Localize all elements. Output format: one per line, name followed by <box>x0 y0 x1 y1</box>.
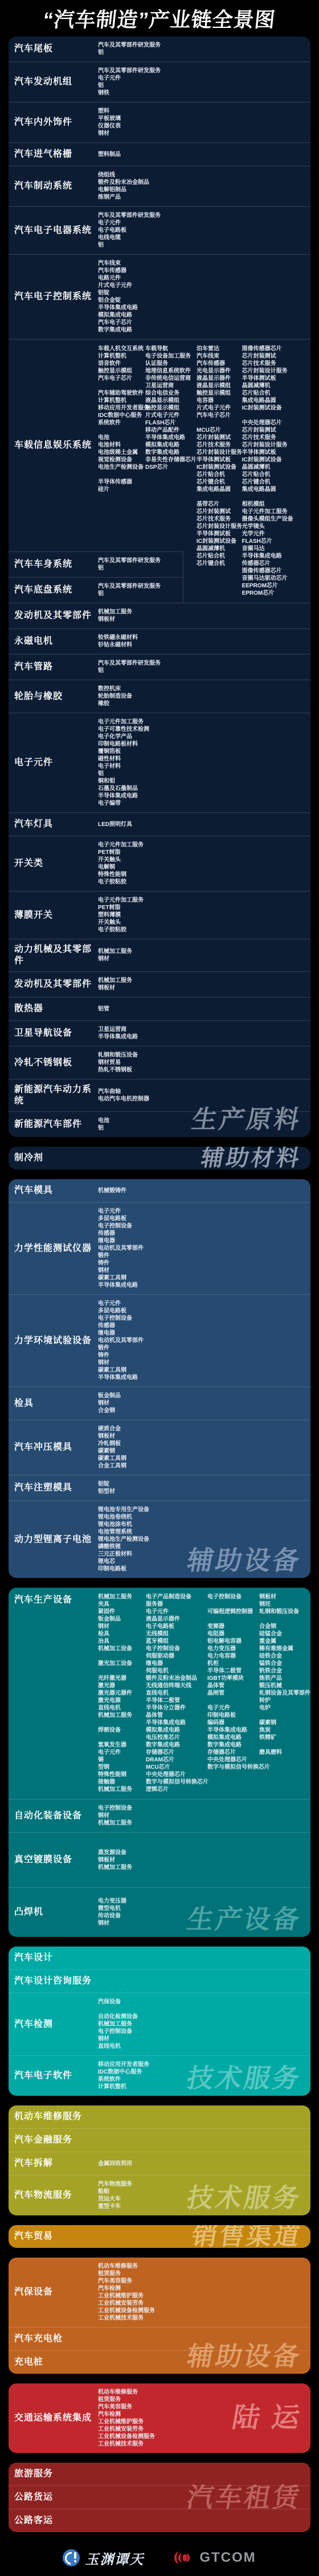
detail-item: 塑料制品 <box>98 151 307 158</box>
detail-item: 液晶显示器件 <box>197 375 242 382</box>
detail-item: 机械加工服务 <box>98 977 307 984</box>
swirl-icon <box>63 2550 80 2566</box>
detail-item: 锡 <box>98 1756 146 1764</box>
detail-item: 碳素工具钢 <box>98 1274 307 1282</box>
table-row: 汽车模具机械锻铸件 <box>9 1179 310 1202</box>
detail-item: 汽车及其零部件研发服务 <box>98 42 307 49</box>
detail-column: 电子控制设备可编程逻辑控制器变频器电阻器铝电解电容器电力变压器电力电容器机柜半导… <box>207 1593 259 1793</box>
detail-item: 电池管理系统 <box>98 1528 307 1536</box>
detail-item: 移动应用开发者服务 <box>98 2061 307 2068</box>
table-row: 动力机械及其零部件机械加工服务钢材 <box>9 939 310 971</box>
row-label: 汽车设计 <box>9 1947 98 1969</box>
detail-item: PET树脂 <box>98 849 307 856</box>
detail-item: 晶圆减薄机 <box>242 464 310 471</box>
detail-item: 铝 <box>98 49 307 56</box>
detail-item: 机械加工服务 <box>98 608 307 616</box>
detail-gap <box>259 1616 310 1623</box>
detail-item: 汽车及其零部件研发服务 <box>98 583 179 590</box>
table-row: 汽车设计咨询服务 <box>9 1970 310 1993</box>
detail-item: 汽车线束 <box>197 353 242 360</box>
detail-gap <box>259 1741 310 1749</box>
table-row: 汽车模具机械锻铸件 <box>9 1179 310 1202</box>
detail-item: 汽车电子芯片 <box>197 412 242 419</box>
detail-item: 船舶 <box>98 2188 307 2195</box>
table-row: 电子元件电子元件加工服务电子可靠性技术检测电子化学产品印制电路板材料覆铜箔板磁性… <box>9 713 310 812</box>
sound-arc-icon <box>182 2553 190 2562</box>
industry-chain-poster: “汽车制造”产业链全景图 汽车尾板汽车及其零部件研发服务铝汽车发动机组汽车及其零… <box>0 0 319 2576</box>
detail-item: 半导体二极管 <box>146 1697 207 1704</box>
detail-item: 铝型材 <box>98 1488 307 1495</box>
detail-item: 锻件及粉末冶金制品 <box>98 179 307 186</box>
detail-item: 芯片键合机 <box>197 560 242 567</box>
detail-item: 芯片技术服务 <box>242 434 310 441</box>
detail-item: 芯片贴合机 <box>197 471 242 479</box>
detail-item: 半导体测试板 <box>197 530 242 538</box>
row-label: 汽车内外饰件 <box>9 103 98 142</box>
detail-item: 铝 <box>98 242 307 249</box>
detail-gap <box>242 493 310 501</box>
detail-item: IC封装测试设备 <box>197 538 242 545</box>
detail-item: 铜和钼 <box>98 778 307 785</box>
table-row: 汽车拆解金属回收利用 <box>9 2152 310 2175</box>
detail-item: 硅铁合金 <box>259 1653 310 1660</box>
detail-item: 机械加工服务 <box>98 1819 307 1827</box>
detail-item: 铝 <box>98 1125 307 1132</box>
detail-item: 炼钢产品 <box>98 194 307 201</box>
detail-item: 伺服驱动器 <box>146 1653 207 1660</box>
detail-item: 合金工具钢 <box>98 1462 307 1470</box>
table-row: 汽车尾板汽车及其零部件研发服务铝 <box>9 36 310 62</box>
detail-item: 电子化学产品 <box>98 733 307 741</box>
detail-item: 直线电机 <box>146 1690 207 1697</box>
detail-item: 车载人机交互系统 <box>98 345 145 353</box>
detail-item: 电解铜 <box>98 864 307 871</box>
detail-gap <box>98 1734 146 1741</box>
row-label: 汽车贸易 <box>9 2225 98 2248</box>
detail-column: 电子产品制造设备服务器电子元件液晶显示器件电子电路板无线模组蓝牙模组电子控制设备… <box>146 1593 207 1793</box>
detail-item: 机械加工服务 <box>98 1712 146 1719</box>
row-label: 制冷剂 <box>9 1147 98 1170</box>
detail-item: 中央处理器芯片 <box>146 1771 207 1778</box>
table-row: 车载信息娱乐系统车载人机交互系统计算机整机语音软件触控显示模组汽车电子芯片汽车辅… <box>9 339 310 603</box>
detail-item: 电子元件加工服务 <box>98 718 307 726</box>
detail-item: 橡胶 <box>98 700 307 708</box>
table-row: 动力机械及其零部件机械加工服务钢材 <box>9 939 310 971</box>
detail-list: 电子元件多层电路板电子控制设备传感器继电器电动机及其零部件锻件铸件钢材碳素工具钢… <box>98 1295 310 1387</box>
table-row: 汽车灯具LED照明灯具 <box>9 812 310 836</box>
detail-item: 芯片技术服务 <box>242 360 310 367</box>
row-label: 自动化装备设备 <box>9 1800 98 1832</box>
detail-item: 晶体管 <box>207 1682 259 1690</box>
detail-item: 汽车美容服务 <box>98 2403 307 2411</box>
detail-item: 继电器 <box>146 1660 207 1667</box>
detail-list: 汽保设备自动化检测设备机械加工服务电子控制设备钢材直线电机 <box>98 1993 310 2055</box>
detail-item: 汽车美容服务 <box>98 2277 307 2285</box>
section-生产原料: 汽车尾板汽车及其零部件研发服务铝汽车发动机组汽车及其零部件研发服务电子元件铝钢铁… <box>9 36 310 1137</box>
detail-item: 系统软件 <box>98 419 145 427</box>
detail-item: 仪器仪表 <box>98 122 307 130</box>
detail-list <box>98 2328 310 2350</box>
row-label: 汽车冲压模具 <box>9 1420 98 1475</box>
detail-item: 片式电子元件 <box>98 282 307 289</box>
detail-item: 晶圆减薄机 <box>242 382 310 390</box>
detail-item: 三元正极材料 <box>98 1551 307 1558</box>
detail-list: 电子元件加工服务电子可靠性技术检测电子化学产品印制电路板材料覆铜箔板磁性材料电子… <box>98 713 310 812</box>
detail-item: EEPROM芯片 <box>242 582 310 590</box>
detail-item: 轧钢和锻压设备 <box>259 1608 310 1616</box>
detail-list <box>98 1147 310 1170</box>
detail-list <box>98 2105 310 2128</box>
section-技术服务: 汽车设计汽车设计咨询服务汽车检测汽保设备自动化检测设备机械加工服务电子控制设备钢… <box>9 1947 310 2096</box>
detail-item: 半导体集成电路 <box>242 553 310 560</box>
table-row: 力学性能测试仪器电子元件多层电路板电子控制设备传感器继电器电动机及其零部件锻件铸… <box>9 1203 310 1294</box>
row-label: 汽车电子控制系统 <box>9 255 98 339</box>
section-生产设备: 汽车生产设备机械加工服务夹具紧固件钣金制品钢材检具冶具机械加工设备激光加工设备光… <box>9 1588 310 1937</box>
detail-item: 工业机械设备检测服务 <box>98 2433 307 2440</box>
detail-list: 塑料制品 <box>98 143 310 166</box>
detail-item: FLASH芯片 <box>242 538 310 545</box>
detail-item: 铸件 <box>98 1352 307 1359</box>
detail-list <box>98 2129 310 2152</box>
detail-list: 锂电池专用生产设备锂电池卷绕机锂电池涂布机电池管理系统锂电池生产检测设备磷酸铁锂… <box>98 1501 310 1578</box>
table-row: 公路客运 <box>9 2509 310 2532</box>
detail-list: 硬质合金钢板材冷轧钢板碳素钢碳素工具钢合金工具钢 <box>98 1420 310 1475</box>
detail-item: 芯片技术服务 <box>197 516 242 523</box>
table-row: 新能源汽车动力系统汽车曲轴电动汽车电机控制器 <box>9 1080 310 1111</box>
detail-item: 硬质合金 <box>98 1425 307 1433</box>
detail-item: 数字集成电路 <box>207 1741 259 1749</box>
detail-list <box>98 2486 310 2509</box>
detail-item: LED照明灯具 <box>98 821 307 828</box>
detail-item: 继电器 <box>98 1237 307 1245</box>
detail-item: 半导体二极管 <box>207 1667 259 1675</box>
table-row: 公路货运 <box>9 2485 310 2509</box>
row-label: 汽保设备 <box>9 2258 98 2327</box>
detail-item: 钢材 <box>98 1267 307 1274</box>
detail-gap <box>98 382 145 390</box>
detail-item: 汽车曲轴 <box>98 1088 307 1095</box>
detail-item: 电池级稀土金属 <box>98 449 145 456</box>
detail-item: 电子元件 <box>98 1208 307 1215</box>
table-row: 交通运输系统集成机动车维修服务租赁服务汽车美容服务汽车检测工业机械维护服务工业机… <box>9 2383 310 2453</box>
detail-item: 电子编带 <box>98 800 307 807</box>
detail-item: 夹具 <box>98 1601 146 1608</box>
detail-list: 汽车及其零部件研发服务铝 <box>98 552 183 577</box>
detail-list: 汽车及其零部件研发服务电子元件电子电路板电线电缆铝 <box>98 207 310 254</box>
detail-list: 金属回收利用 <box>98 2152 310 2175</box>
row-label: 汽车模具 <box>9 1179 98 1202</box>
table-row: 汽车充电枪 <box>9 2328 310 2350</box>
detail-item: 蓝牙模组 <box>146 1638 207 1645</box>
detail-item: 视觉检测设备 <box>98 456 145 464</box>
table-row: 交通运输系统集成机动车维修服务租赁服务汽车美容服务汽车检测工业机械维护服务工业机… <box>9 2383 310 2453</box>
row-label: 汽车发动机组 <box>9 62 98 102</box>
detail-item: 电子材料 <box>98 763 307 770</box>
detail-item: 工业机械安装劳务 <box>98 2426 307 2433</box>
detail-item: MCU芯片 <box>197 427 242 434</box>
detail-list: 汽车及其零部件研发服务铝 <box>98 578 183 603</box>
detail-item: 半导体测试板 <box>242 449 310 456</box>
table-row: 永磁电机钕铁硼永磁材料钐钴永磁材料 <box>9 629 310 654</box>
detail-item: 半导体传感器 <box>98 479 145 486</box>
detail-item: 铸件 <box>98 1260 307 1267</box>
detail-gap <box>98 1653 146 1660</box>
detail-column: 车载人机交互系统计算机整机语音软件触控显示模组汽车电子芯片汽车辅助驾驶软件计算机… <box>98 340 145 551</box>
table-row: 发动机及其零部件机械加工服务钢板材 <box>9 971 310 997</box>
detail-list: 机械加工服务钢材 <box>98 939 310 971</box>
detail-item: 机械加工服务 <box>98 2021 307 2028</box>
row-label: 检具 <box>9 1387 98 1420</box>
gtcom-brand: GTCOM <box>174 2549 256 2566</box>
detail-item: 电子元件加工服务 <box>242 508 310 516</box>
table-row: 真空镀膜设备蒸发源设备钢板材机械加工服务 <box>9 1832 310 1887</box>
detail-item: 塑料薄膜 <box>98 911 307 919</box>
detail-gap <box>98 471 145 479</box>
table-row: 汽车生产设备机械加工服务夹具紧固件钣金制品钢材检具冶具机械加工设备激光加工设备光… <box>9 1588 310 1799</box>
detail-gap <box>98 1667 146 1675</box>
detail-item: 电路元件 <box>98 275 307 282</box>
detail-item: 钐钴永磁材料 <box>98 641 307 649</box>
detail-item: 无线模组 <box>146 1630 207 1638</box>
detail-item: 铝 <box>98 770 307 778</box>
detail-list: 机械加工服务钢板材 <box>98 603 310 628</box>
row-label: 冷轧不锈钢板 <box>9 1046 98 1079</box>
detail-item: 机动车维修服务 <box>98 2263 307 2270</box>
detail-item: 电子控制设备 <box>98 2028 307 2035</box>
table-row: 力学环境试验设备电子元件多层电路板电子控制设备传感器继电器电动机及其零部件锻件铸… <box>9 1294 310 1387</box>
detail-list <box>98 1970 310 1993</box>
table-row: 汽车管路汽车及其零部件研发服务铝 <box>9 655 310 680</box>
detail-item: 芯片封装测试 <box>242 427 310 434</box>
detail-item: 铝电解电容器 <box>207 1638 259 1645</box>
row-label: 汽车检测 <box>9 1993 98 2055</box>
detail-item: 锂电池卷绕机 <box>98 1514 307 1521</box>
row-label: 力学环境试验设备 <box>9 1295 98 1387</box>
table-row: 汽车检测汽保设备自动化检测设备机械加工服务电子控制设备钢材直线电机 <box>9 1993 310 2055</box>
table-row: 制冷剂 <box>9 1147 310 1170</box>
row-label: 汽车拆解 <box>9 2152 98 2175</box>
detail-item: 电子胶粘胶 <box>98 926 307 934</box>
detail-item: 电子元件 <box>98 219 307 227</box>
detail-item: 基带芯片 <box>197 501 242 508</box>
detail-item: 伺服电机 <box>146 1667 207 1675</box>
detail-item: 芯片键合机 <box>197 479 242 486</box>
detail-item: 工业机械安装劳务 <box>98 2300 307 2307</box>
section-辅助材料: 制冷剂辅助材料 <box>9 1147 310 1170</box>
table-row: 汽车尾板汽车及其零部件研发服务铝 <box>9 36 310 62</box>
detail-item: 芯片封装设计服务 <box>197 449 242 456</box>
detail-item: 转炉 <box>259 1697 310 1704</box>
detail-item: 塑料 <box>98 108 307 115</box>
detail-columns: 机械加工服务夹具紧固件钣金制品钢材检具冶具机械加工设备激光加工设备光纤激光器激光… <box>98 1588 310 1799</box>
detail-list: 电池铝 <box>98 1112 310 1137</box>
detail-item: 自动化检测设备 <box>98 2013 307 2021</box>
detail-item: 印制电路板 <box>207 1712 259 1719</box>
detail-item: 芯片封装设计服务 <box>197 523 242 530</box>
detail-item: 图像传感器芯片 <box>242 567 310 575</box>
detail-item: 接触器 <box>98 1778 146 1786</box>
detail-item: 钢材 <box>98 1920 307 1927</box>
detail-list: 汽车及其零部件研发服务铝 <box>98 36 310 62</box>
detail-list: 机械锻铸件 <box>98 1179 310 1202</box>
detail-list: 移动应用开发者服务IDC数据中心服务系统软件计算机整机 <box>98 2056 310 2096</box>
detail-column: 图像传感器芯片芯片封装测试芯片技术服务芯片封装设计服务半导体测试板晶圆减薄机芯片… <box>242 345 310 597</box>
detail-list: 钕铁硼永磁材料钐钴永磁材料 <box>98 629 310 654</box>
detail-item: 多层电路板 <box>98 1215 307 1222</box>
detail-item: 机械加工服务 <box>98 1864 307 1871</box>
detail-item: 重型卡车 <box>98 2203 307 2210</box>
detail-item: 机动车维修服务 <box>98 2389 307 2396</box>
detail-item: 晶闸管 <box>207 1690 259 1697</box>
detail-item: 钢材 <box>98 2035 307 2043</box>
detail-item: 电池 <box>98 1117 307 1125</box>
detail-item: 计算机整机 <box>98 397 145 404</box>
table-row: 力学性能测试仪器电子元件多层电路板电子控制设备传感器继电器电动机及其零部件锻件铸… <box>9 1202 310 1294</box>
row-label: 公路客运 <box>9 2509 98 2532</box>
detail-item: IC封装测试设备 <box>197 464 242 471</box>
row-label: 汽车设计咨询服务 <box>9 1970 98 1993</box>
table-row: 凸焊机电力变压器微型电机传动设备钢材 <box>9 1887 310 1937</box>
detail-item: 半导体集成电路 <box>207 1727 259 1734</box>
detail-item: 炼铁产品 <box>259 1675 310 1682</box>
detail-item: 电子可靠性技术检测 <box>98 726 307 733</box>
detail-item: 蒸发源设备 <box>98 1849 307 1857</box>
table-row: 汽车注塑模具铝锭铝型材 <box>9 1475 310 1500</box>
detail-item: 轮胎制造设备 <box>98 693 307 700</box>
detail-gap <box>98 1719 146 1727</box>
row-label: 薄膜开关 <box>9 892 98 939</box>
table-row: 汽车设计咨询服务 <box>9 1969 310 1993</box>
detail-item: 电子元件 <box>98 1749 146 1756</box>
detail-item: 数字与模拟信号转换芯片 <box>146 1778 207 1786</box>
detail-item: 直线电机 <box>98 1704 146 1712</box>
table-row: 机动车维修服务 <box>9 2105 310 2128</box>
detail-item: 钢坯 <box>259 1601 310 1608</box>
table-row: 新能源汽车部件电池铝 <box>9 1112 310 1137</box>
detail-item: 变频器 <box>207 1623 259 1630</box>
detail-item: 摄像头模组生产设备 <box>242 516 310 523</box>
row-label: 卫星导航设备 <box>9 1021 98 1046</box>
table-row: 自动化装备设备电子控制设备钢材机械加工服务 <box>9 1799 310 1832</box>
detail-item: 数字集成电路 <box>146 1741 207 1749</box>
detail-item: 电子元件加工服务 <box>98 841 307 849</box>
detail-item: 汽车及其零部件研发服务 <box>98 557 179 565</box>
detail-list <box>98 2351 310 2374</box>
table-row: 轮胎与橡胶数控机床轮胎制造设备橡胶 <box>9 680 310 713</box>
row-label: 汽车电子电器系统 <box>9 207 98 254</box>
table-row: 力学环境试验设备电子元件多层电路板电子控制设备传感器继电器电动机及其零部件锻件铸… <box>9 1295 310 1387</box>
detail-item: 光学镜头 <box>242 523 310 530</box>
detail-item: 汽车传感器 <box>98 267 307 275</box>
detail-item: 钢板材 <box>98 1433 307 1440</box>
row-label: 汽车物流服务 <box>9 2176 98 2215</box>
gtcom-logo-icon <box>174 2549 194 2566</box>
row-label: 散热器 <box>9 997 98 1020</box>
row-label: 机动车维修服务 <box>9 2105 98 2128</box>
detail-item: 电阻器 <box>207 1630 259 1638</box>
detail-item: 焦炭 <box>259 1727 310 1734</box>
detail-item: EPROM芯片 <box>242 590 310 597</box>
table-row: 汽车电子电器系统汽车及其零部件研发服务电子元件电子电路板电线电缆铝 <box>9 207 310 254</box>
detail-list: 电子元件加工服务PET树脂塑料薄膜开关触头电子胶粘胶 <box>98 892 310 939</box>
detail-item: 电线电缆 <box>98 234 307 242</box>
detail-item: 微型电机 <box>98 1905 307 1912</box>
table-row: 汽车进气格栅塑料制品 <box>9 143 310 166</box>
table-row: 旅游服务 <box>9 2463 310 2485</box>
row-label: 汽车电子软件 <box>9 2056 98 2096</box>
detail-item: 租赁服务 <box>98 2396 307 2403</box>
table-row: 汽车电子控制系统汽车线束汽车传感器电路元件片式电子元件铝锭铝合金锭半导体集成电路… <box>9 254 310 339</box>
table-row: 动力型锂离子电池锂电池专用生产设备锂电池卷绕机锂电池涂布机电池管理系统锂电池生产… <box>9 1501 310 1578</box>
row-label: 旅游服务 <box>9 2463 98 2485</box>
detail-item: 逻辑芯片 <box>146 1786 207 1793</box>
detail-item: 电动汽车电机控制器 <box>98 1095 307 1103</box>
detail-item: 铝 <box>98 565 179 572</box>
row-label: 汽车管路 <box>9 655 98 680</box>
table-row: 充电桩 <box>9 2350 310 2374</box>
detail-column: 泊车雷达汽车线束汽车传感器光电显示器件液晶显示器件液晶显示模组触控显示模组电容器… <box>183 345 242 597</box>
detail-item: 电子元件 <box>98 1300 307 1307</box>
detail-item: 汽车电子芯片 <box>98 319 307 326</box>
detail-item: 电解铝制品 <box>98 186 307 194</box>
table-row: 薄膜开关电子元件加工服务PET树脂塑料薄膜开关触头电子胶粘胶 <box>9 891 310 939</box>
detail-item: 电力变压器 <box>207 1645 259 1653</box>
detail-item: 机械锻铸件 <box>98 1187 307 1195</box>
detail-gap <box>197 493 242 501</box>
detail-item: 集成电路晶圆 <box>242 397 310 404</box>
detail-item: 汽保设备 <box>98 1998 307 2006</box>
detail-item: 锂电池专用生产设备 <box>98 1506 307 1514</box>
detail-item: 热轧不锈钢板 <box>98 1066 307 1074</box>
detail-item: 半导体集成电路 <box>98 792 307 800</box>
detail-item: 石墨及石墨制品 <box>98 785 307 792</box>
row-label: 汽车注塑模具 <box>9 1475 98 1500</box>
detail-item: 冷轧钢板 <box>98 1440 307 1448</box>
table-row: 汽车制动系统绕组线锻件及粉末冶金制品电解铝制品炼钢产品 <box>9 166 310 206</box>
table-row: 冷轧不锈钢板轧钢和锻压设备钢材贸易热轧不锈钢板 <box>9 1046 310 1079</box>
detail-item: 开关触头 <box>98 856 307 864</box>
detail-item: 开关触头 <box>98 919 307 926</box>
detail-item: 氢氧发生器 <box>98 1741 146 1749</box>
detail-item: IGBT功率模块 <box>207 1675 259 1682</box>
detail-item: 钢板材 <box>98 984 307 992</box>
row-label: 汽车灯具 <box>9 813 98 836</box>
detail-item: 半导体集成电路 <box>98 1374 307 1381</box>
detail-item: 芯片技术服务 <box>197 441 242 449</box>
detail-item: 磁性材料 <box>98 755 307 763</box>
detail-item: 晶圆减薄机 <box>197 545 242 553</box>
detail-item: 电子控制设备 <box>146 1645 207 1653</box>
detail-item: 冶具 <box>98 1638 146 1645</box>
detail-item: PET树脂 <box>98 904 307 911</box>
row-label: 汽车尾板 <box>9 36 98 62</box>
detail-item: 模拟集成电路 <box>98 312 307 319</box>
detail-list: 数控机床轮胎制造设备橡胶 <box>98 680 310 713</box>
row-label: 动力型锂离子电池 <box>9 1501 98 1578</box>
detail-item: 货运火车 <box>98 2195 307 2203</box>
table-row: 冷轧不锈钢板轧钢和锻压设备钢材贸易热轧不锈钢板 <box>9 1046 310 1079</box>
table-row: 散热器铝管 <box>9 997 310 1020</box>
detail-item: 半导体测试板 <box>242 375 310 382</box>
detail-item: 锻件 <box>98 1252 307 1260</box>
yuyuantantian-logo-icon <box>63 2549 80 2566</box>
detail-list: 机械加工服务钢板材 <box>98 972 310 997</box>
detail-item: 汽车及其零部件研发服务 <box>98 660 307 667</box>
detail-item: 钣金制品 <box>98 1616 146 1623</box>
detail-item: 检具 <box>98 1630 146 1638</box>
detail-item: 音圈马达 <box>242 545 310 553</box>
detail-gap <box>207 1601 259 1608</box>
